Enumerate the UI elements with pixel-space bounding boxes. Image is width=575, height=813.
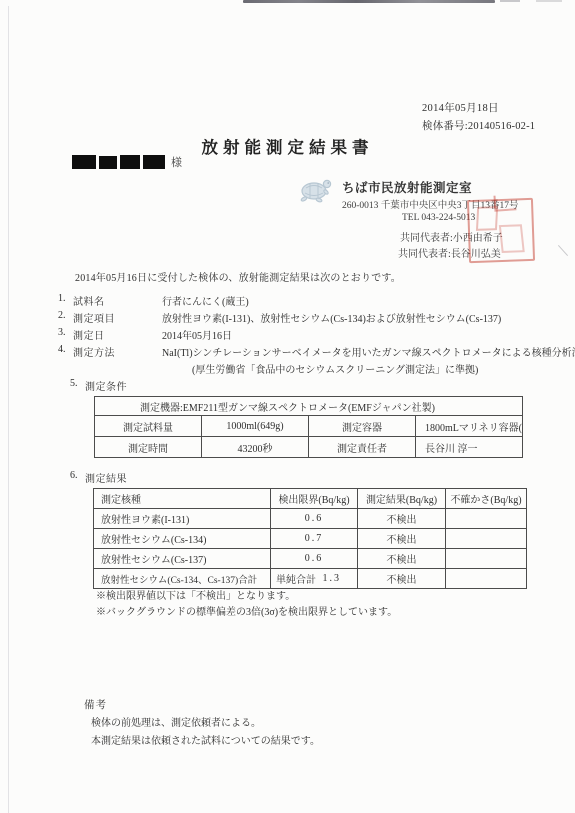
intro-sentence: 2014年05月16日に受付した検体の、放射能測定結果は次のとおりです。 xyxy=(75,269,401,284)
nuclide-cell: 放射性セシウム(Cs-137) xyxy=(94,549,271,569)
scan-smudge-artifact xyxy=(243,0,495,3)
column-header-uncertainty: 不確かさ(Bq/kg) xyxy=(446,489,527,509)
table-row: 放射性セシウム(Cs-137) 0.6 不検出 xyxy=(94,549,527,569)
item-label: 測定条件 xyxy=(85,378,174,393)
item-measured-nuclides: 2. 測定項目 放射性ヨウ素(I-131)、放射性セシウム(Cs-134)および… xyxy=(58,310,501,325)
item-number: 4. xyxy=(58,344,73,359)
responsible-person-label: 測定責任者 xyxy=(309,437,416,458)
item-number: 2. xyxy=(58,310,73,325)
lab-telephone: TEL 043-224-5013 xyxy=(402,213,475,223)
item-value: NaI(Tl)シンチレーションサーベイメータを用いたガンマ線スペクトロメータによ… xyxy=(162,344,575,359)
scan-smudge-artifact xyxy=(500,0,520,2)
nuclide-cell: 放射性セシウム(Cs-134) xyxy=(94,529,271,549)
measuring-time-value: 43200秒 xyxy=(202,437,309,458)
method-compliance-note: (厚生労働省「食品中のセシウムスクリーニング測定法」に準拠) xyxy=(192,361,478,376)
lab-name: ちば市民放射能測定室 xyxy=(342,178,472,196)
addressee-honorific: 様 xyxy=(171,154,182,170)
detection-limit-cell: 0.6 xyxy=(271,509,358,529)
redacted-name-block xyxy=(72,155,96,169)
nuclide-cell: 放射性ヨウ素(I-131) xyxy=(94,509,271,529)
result-cell: 不検出 xyxy=(358,569,446,589)
scan-edge-line xyxy=(8,6,9,813)
item-measurement-results: 6. 測定結果 xyxy=(70,470,174,485)
detection-limit-cell: 0.6 xyxy=(271,549,358,569)
table-row: 放射性セシウム(Cs-134) 0.7 不検出 xyxy=(94,529,527,549)
redacted-name-block xyxy=(120,155,140,169)
column-header-result: 測定結果(Bq/kg) xyxy=(358,489,446,509)
turtle-logo-icon xyxy=(297,175,335,210)
stamp-glyph-mark xyxy=(499,224,525,253)
detection-limit-cell: 単純合計 1.3 xyxy=(271,569,358,589)
item-measurement-method: 4. 測定方法 NaI(Tl)シンチレーションサーベイメータを用いたガンマ線スペ… xyxy=(58,344,575,359)
item-label: 試料名 xyxy=(73,293,162,308)
item-number: 3. xyxy=(58,327,73,342)
sample-amount-label: 測定試料量 xyxy=(95,416,202,437)
container-label: 測定容器 xyxy=(309,416,416,437)
item-measurement-date: 3. 測定日 2014年05月16日 xyxy=(58,327,232,342)
item-label: 測定結果 xyxy=(85,470,174,485)
item-label: 測定方法 xyxy=(73,344,162,359)
table-row: 放射性セシウム(Cs-134、Cs-137)合計 単純合計 1.3 不検出 xyxy=(94,569,527,589)
item-number: 1. xyxy=(58,293,73,308)
item-measurement-conditions: 5. 測定条件 xyxy=(70,378,174,393)
item-sample-name: 1. 試料名 行者にんにく(蔵王) xyxy=(58,293,249,308)
responsible-person-value: 長谷川 淳一 xyxy=(416,437,523,458)
column-header-detection-limit: 検出限界(Bq/kg) xyxy=(271,489,358,509)
measuring-time-label: 測定時間 xyxy=(95,437,202,458)
item-number: 6. xyxy=(70,470,85,485)
scan-scratch-artifact xyxy=(558,245,568,256)
container-value: 1800mLマリネリ容器(1000mL充填) xyxy=(416,416,523,437)
addressee: 様 xyxy=(72,154,182,170)
issue-date: 2014年05月18日 xyxy=(422,100,499,115)
item-label: 測定項目 xyxy=(73,310,162,325)
uncertainty-cell xyxy=(446,549,527,569)
results-table: 測定核種 検出限界(Bq/kg) 測定結果(Bq/kg) 不確かさ(Bq/kg)… xyxy=(93,488,527,589)
table-row: 測定時間 43200秒 測定責任者 長谷川 淳一 xyxy=(95,437,523,458)
table-header-row: 測定核種 検出限界(Bq/kg) 測定結果(Bq/kg) 不確かさ(Bq/kg) xyxy=(94,489,527,509)
uncertainty-cell xyxy=(446,509,527,529)
detection-limit-cell: 0.7 xyxy=(271,529,358,549)
detection-limit-note: ※検出限界値以下は「不検出」となります。 xyxy=(96,587,295,602)
scanned-document-page: 2014年05月18日 検体番号:20140516-02-1 放射能測定結果書 … xyxy=(0,0,575,813)
result-cell: 不検出 xyxy=(358,549,446,569)
sample-number: 検体番号:20140516-02-1 xyxy=(422,118,535,133)
result-cell: 不検出 xyxy=(358,509,446,529)
remarks-heading: 備考 xyxy=(84,697,107,712)
simple-sum-value: 1.3 xyxy=(323,573,342,584)
table-row: 放射性ヨウ素(I-131) 0.6 不検出 xyxy=(94,509,527,529)
uncertainty-cell xyxy=(446,529,527,549)
sample-amount-value: 1000ml(649g) xyxy=(202,416,309,437)
scan-smudge-artifact xyxy=(536,0,562,2)
simple-sum-label: 単純合計 xyxy=(276,571,316,586)
item-value: 放射性ヨウ素(I-131)、放射性セシウム(Cs-134)および放射性セシウム(… xyxy=(162,310,501,325)
nuclide-cell: 放射性セシウム(Cs-134、Cs-137)合計 xyxy=(94,569,271,589)
item-value: 行者にんにく(蔵王) xyxy=(162,293,249,308)
table-row: 測定機器:EMF211型ガンマ線スペクトロメータ(EMFジャパン社製) xyxy=(95,397,523,416)
redacted-name-block xyxy=(99,156,117,169)
measuring-device: 測定機器:EMF211型ガンマ線スペクトロメータ(EMFジャパン社製) xyxy=(95,397,523,416)
uncertainty-cell xyxy=(446,569,527,589)
column-header-nuclide: 測定核種 xyxy=(94,489,271,509)
remarks-line: 本測定結果は依頼された試料についての結果です。 xyxy=(91,732,320,747)
table-row: 測定試料量 1000ml(649g) 測定容器 1800mLマリネリ容器(100… xyxy=(95,416,523,437)
item-number: 5. xyxy=(70,378,85,393)
item-label: 測定日 xyxy=(73,327,162,342)
result-cell: 不検出 xyxy=(358,529,446,549)
remarks-line: 検体の前処理は、測定依頼者による。 xyxy=(91,714,261,729)
item-value: 2014年05月16日 xyxy=(162,327,232,342)
redacted-name-block xyxy=(143,155,165,169)
conditions-table: 測定機器:EMF211型ガンマ線スペクトロメータ(EMFジャパン社製) 測定試料… xyxy=(94,396,523,458)
background-sigma-note: ※バックグラウンドの標準偏差の3倍(3σ)を検出限界としています。 xyxy=(96,603,397,618)
stamp-glyph-mark xyxy=(493,194,516,211)
